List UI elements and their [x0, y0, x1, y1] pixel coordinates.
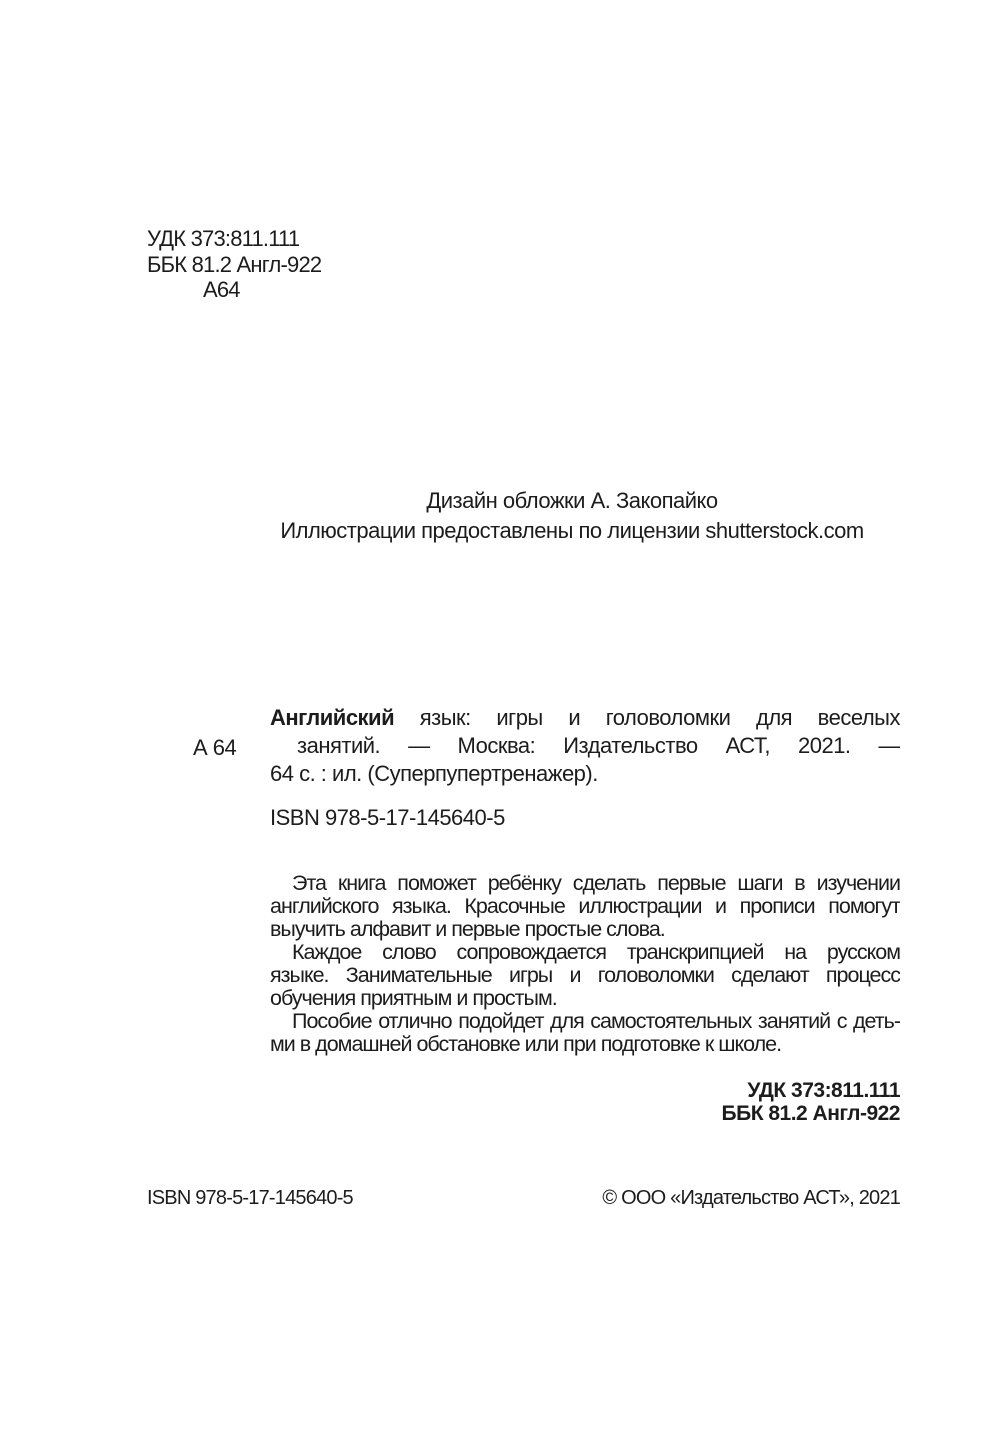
- annotation-p2-line-2: языке. Занимательные игры и головоломки …: [270, 964, 900, 987]
- cataloging-codes-bottom: УДК 373:811.111 ББК 81.2 Англ-922: [500, 1080, 900, 1125]
- annotation-block: Эта книга поможет ребёнку сделать первые…: [270, 872, 900, 1056]
- bbk-code: ББК 81.2 Англ-922: [147, 252, 321, 278]
- isbn-line: ISBN 978-5-17-145640-5: [270, 804, 505, 832]
- entry-line-1-rest: язык: игры и головоломки для веселых: [420, 705, 900, 730]
- annotation-p2-line-1: Каждое слово сопровождается транскрипцие…: [270, 941, 900, 964]
- cover-design-credit: Дизайн обложки А. Закопайко: [244, 486, 900, 516]
- footer-line: ISBN 978-5-17-145640-5 © ООО «Издательст…: [147, 1186, 900, 1210]
- book-title-bold: Английский: [270, 705, 394, 730]
- credits-block: Дизайн обложки А. Закопайко Иллюстрации …: [244, 486, 900, 546]
- illustrations-credit: Иллюстрации предоставлены по лицензии sh…: [244, 516, 900, 546]
- annotation-p3-line-1: Пособие отлично подойдет для самостоятел…: [270, 1010, 900, 1033]
- entry-line-1: Английский язык: игры и головоломки для …: [270, 704, 900, 732]
- annotation-p2-line-3: обучения приятным и простым.: [270, 987, 900, 1010]
- catalog-entry: А 64 Английский язык: игры и головоломки…: [147, 704, 900, 788]
- annotation-p1-line-1: Эта книга поможет ребёнку сделать первые…: [270, 872, 900, 895]
- udk-code-bold: УДК 373:811.111: [500, 1080, 900, 1103]
- imprint-page: УДК 373:811.111 ББК 81.2 Англ-922 А64 Ди…: [0, 0, 987, 1447]
- catalog-entry-code: А 64: [193, 734, 236, 762]
- bbk-code-bold: ББК 81.2 Англ-922: [500, 1103, 900, 1126]
- entry-line-2: занятий. — Москва: Издательство АСТ, 202…: [270, 732, 900, 760]
- footer-copyright: © ООО «Издательство АСТ», 2021: [602, 1186, 900, 1210]
- catalog-entry-text: Английский язык: игры и головоломки для …: [270, 704, 900, 788]
- author-sign-code: А64: [147, 277, 321, 303]
- udk-code: УДК 373:811.111: [147, 226, 321, 252]
- footer-isbn: ISBN 978-5-17-145640-5: [147, 1186, 353, 1210]
- annotation-p3-line-2: ми в домашней обстановке или при подгото…: [270, 1033, 900, 1056]
- annotation-p1-line-2: английского языка. Красочные иллюстрации…: [270, 895, 900, 918]
- annotation-p1-line-3: выучить алфавит и первые простые слова.: [270, 918, 900, 941]
- entry-line-3: 64 с. : ил. (Суперпупертренажер).: [270, 760, 900, 788]
- cataloging-codes-top: УДК 373:811.111 ББК 81.2 Англ-922 А64: [147, 226, 321, 303]
